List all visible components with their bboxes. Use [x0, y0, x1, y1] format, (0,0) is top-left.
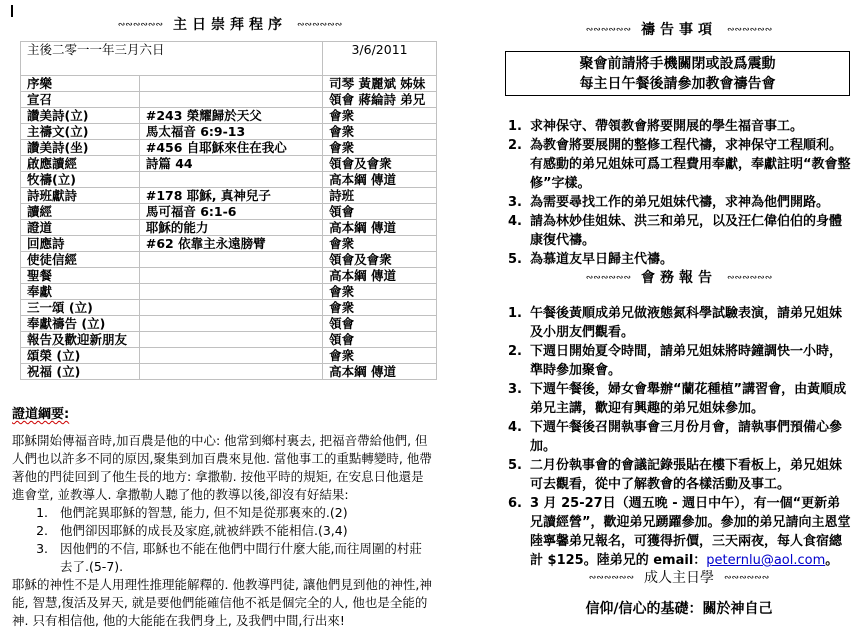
program-item: 讀經: [21, 204, 140, 220]
item-text: 為需要尋找工作的弟兄姐妹代禱，求神為他們開路。: [530, 195, 829, 210]
table-row: 序樂司琴 黃麗斌 姊妹: [21, 76, 437, 92]
program-item: 報告及歡迎新朋友: [21, 332, 140, 348]
table-row: 使徒信經領會及會衆: [21, 252, 437, 268]
program-person: 會衆: [323, 348, 437, 364]
table-row: 奉獻會衆: [21, 284, 437, 300]
sermon-point: 因他們的不信, 耶穌也不能在他們中間行什麼大能,而往周圍的村莊去了.(5-7).: [52, 540, 432, 576]
program-person: 領會: [323, 204, 437, 220]
list-item: 4.請為林妙佳姐妹、洪三和弟兄，以及汪仁偉伯伯的身體康復代禱。: [508, 212, 853, 250]
program-person: 會衆: [323, 284, 437, 300]
list-item: 1.求神保守、帶領教會將要開展的學生福音事工。: [508, 117, 853, 136]
program-heading-text: 主日崇拜程序: [173, 17, 287, 33]
program-content: [139, 316, 322, 332]
item-number: 2.: [508, 342, 522, 361]
program-content: #178 耶穌, 真神兒子: [139, 188, 322, 204]
program-content: [139, 300, 322, 316]
notice-line: 每主日午餐後請參加教會禱告會: [506, 74, 849, 94]
ornament-icon: ∾∾∾∾∾∾: [586, 25, 631, 35]
program-content: #62 依靠主永遠膀臂: [139, 236, 322, 252]
program-content: [139, 268, 322, 284]
table-row: 聖餐高本綱 傳道: [21, 268, 437, 284]
ornament-icon: ∾∾∾∾∾∾: [297, 20, 342, 30]
list-item: 3.為需要尋找工作的弟兄姐妹代禱，求神為他們開路。: [508, 193, 853, 212]
item-text: 下週午餐後召開執事會三月份月會，請執事們預備心參加。: [530, 420, 842, 454]
affairs-items-list: 1.午餐後黃順成弟兄做液態氮科學試驗表演，請弟兄姐妹及小朋友們觀看。2.下週日開…: [508, 304, 853, 570]
program-item: 讚美詩(坐): [21, 140, 140, 156]
table-row: 頌榮 (立)會衆: [21, 348, 437, 364]
sermon-point: 他們卻因耶穌的成長及家庭,就被絆跌不能相信.(3,4): [52, 522, 432, 540]
program-content: [139, 252, 322, 268]
table-row: 讀經馬可福音 6:1-6領會: [21, 204, 437, 220]
table-row: 詩班獻詩#178 耶穌, 真神兒子詩班: [21, 188, 437, 204]
program-item: 奉獻禱告 (立): [21, 316, 140, 332]
table-row: 讚美詩(立)#243 榮耀歸於天父會衆: [21, 108, 437, 124]
service-date-chinese: 主後二零一一年三月六日: [21, 42, 323, 76]
program-person: 高本綱 傳道: [323, 268, 437, 284]
prayer-heading-text: 禱告事項: [641, 22, 717, 38]
program-item: 宣召: [21, 92, 140, 108]
table-row: 祝福 (立)高本綱 傳道: [21, 364, 437, 380]
program-person: 會衆: [323, 140, 437, 156]
program-person: 詩班: [323, 188, 437, 204]
program-person: 司琴 黃麗斌 姊妹: [323, 76, 437, 92]
list-item: 5.二月份執事會的會議記錄張貼在樓下看板上，弟兄姐妹可去觀看，從中了解教會的各樣…: [508, 456, 853, 494]
program-person: 會衆: [323, 108, 437, 124]
table-row: 奉獻禱告 (立)領會: [21, 316, 437, 332]
program-content: #456 自耶穌來住在我心: [139, 140, 322, 156]
sermon-conclusion: 耶穌的神性不是人用理性推理能解釋的. 他教導門徒, 讓他們見到他的神性,神能, …: [12, 576, 432, 630]
program-item: 序樂: [21, 76, 140, 92]
service-date: 3/6/2011: [323, 42, 437, 76]
item-number: 2.: [508, 136, 522, 155]
item-text: 為慕道友早日歸主代禱。: [530, 252, 673, 267]
program-person: 領會 蔣綸詩 弟兄: [323, 92, 437, 108]
email-link[interactable]: peternlu@aol.com: [706, 553, 825, 568]
table-row: 讚美詩(坐)#456 自耶穌來住在我心會衆: [21, 140, 437, 156]
item-text: 為教會將要展開的整修工程代禱，求神保守工程順利。有感動的弟兄姐妹可爲工程費用奉獻…: [530, 138, 851, 191]
program-content: [139, 284, 322, 300]
program-content: [139, 76, 322, 92]
table-row: 宣召領會 蔣綸詩 弟兄: [21, 92, 437, 108]
ornament-icon: ∾∾∾∾∾∾: [724, 573, 769, 583]
program-content: [139, 332, 322, 348]
program-content: [139, 172, 322, 188]
list-item: 2.為教會將要展開的整修工程代禱，求神保守工程順利。有感動的弟兄姐妹可爲工程費用…: [508, 136, 853, 193]
table-row: 回應詩#62 依靠主永遠膀臂會衆: [21, 236, 437, 252]
item-text: 請為林妙佳姐妹、洪三和弟兄，以及汪仁偉伯伯的身體康復代禱。: [530, 214, 842, 248]
table-row: 牧禱(立)高本綱 傳道: [21, 172, 437, 188]
ornament-icon: ∾∾∾∾∾∾: [586, 273, 631, 283]
item-number: 1.: [508, 304, 522, 323]
affairs-heading-text: 會務報告: [641, 270, 717, 286]
item-text: 二月份執事會的會議記錄張貼在樓下看板上，弟兄姐妹可去觀看，從中了解教會的各樣活動…: [530, 458, 842, 492]
program-item: 奉獻: [21, 284, 140, 300]
ornament-icon: ∾∾∾∾∾∾: [727, 273, 772, 283]
program-person: 會衆: [323, 124, 437, 140]
program-content: [139, 348, 322, 364]
list-item: 4.下週午餐後召開執事會三月份月會，請執事們預備心參加。: [508, 418, 853, 456]
program-item: 頌榮 (立): [21, 348, 140, 364]
item-number: 3.: [508, 380, 522, 399]
text-cursor: [11, 5, 13, 17]
item-text: 下週日開始夏令時間，請弟兄姐妹將時鐘調快一小時，準時參加聚會。: [530, 344, 842, 378]
program-item: 證道: [21, 220, 140, 236]
program-item: 聖餐: [21, 268, 140, 284]
prayer-items-list: 1.求神保守、帶領教會將要開展的學生福音事工。2.為教會將要展開的整修工程代禱，…: [508, 117, 853, 269]
program-item: 祝福 (立): [21, 364, 140, 380]
program-person: 高本綱 傳道: [323, 220, 437, 236]
list-item: 6.3 月 25-27日（週五晚 - 週日中午），有一個“更新弟兄讀經營”，歡迎…: [508, 494, 853, 570]
program-content: [139, 92, 322, 108]
table-row: 證道耶穌的能力高本綱 傳道: [21, 220, 437, 236]
notice-line: 聚會前請將手機關閉或設爲震動: [506, 54, 849, 74]
program-content: 馬可福音 6:1-6: [139, 204, 322, 220]
table-row: 三一頌 (立)會衆: [21, 300, 437, 316]
program-item: 讚美詩(立): [21, 108, 140, 124]
program-person: 會衆: [323, 236, 437, 252]
program-item: 使徒信經: [21, 252, 140, 268]
program-content: 馬太福音 6:9-13: [139, 124, 322, 140]
program-person: 領會及會衆: [323, 156, 437, 172]
list-item: 1.午餐後黃順成弟兄做液態氮科學試驗表演，請弟兄姐妹及小朋友們觀看。: [508, 304, 853, 342]
sunday-school-heading-text: 成人主日學: [644, 570, 714, 586]
program-item: 三一頌 (立): [21, 300, 140, 316]
list-item: 3.下週午餐後，婦女會舉辦“蘭花種植”講習會，由黃順成弟兄主講，歡迎有興趣的弟兄…: [508, 380, 853, 418]
program-content: 耶穌的能力: [139, 220, 322, 236]
item-text: 求神保守、帶領教會將要開展的學生福音事工。: [530, 119, 803, 134]
ornament-icon: ∾∾∾∾∾∾: [589, 573, 634, 583]
worship-program-table: 主後二零一一年三月六日 3/6/2011 序樂司琴 黃麗斌 姊妹宣召領會 蔣綸詩…: [20, 41, 437, 380]
program-item: 主禱文(立): [21, 124, 140, 140]
sunday-school-topic: 信仰/信心的基礎：關於神自己: [490, 598, 868, 618]
program-item: 回應詩: [21, 236, 140, 252]
notice-box: 聚會前請將手機關閉或設爲震動 每主日午餐後請參加教會禱告會: [505, 51, 850, 96]
ornament-icon: ∾∾∾∾∾∾: [727, 25, 772, 35]
program-person: 領會: [323, 316, 437, 332]
program-person: 高本綱 傳道: [323, 172, 437, 188]
item-number: 5.: [508, 456, 522, 475]
table-row: 主禱文(立)馬太福音 6:9-13會衆: [21, 124, 437, 140]
program-item: 啟應讀經: [21, 156, 140, 172]
program-person: 領會及會衆: [323, 252, 437, 268]
ornament-icon: ∾∾∾∾∾∾: [118, 20, 163, 30]
item-text: 下週午餐後，婦女會舉辦“蘭花種植”講習會，由黃順成弟兄主講，歡迎有興趣的弟兄姐妹…: [530, 382, 846, 416]
program-item: 詩班獻詩: [21, 188, 140, 204]
program-person: 會衆: [323, 300, 437, 316]
item-number: 6.: [508, 494, 522, 513]
program-content: 詩篇 44: [139, 156, 322, 172]
sermon-point: 他們詫異耶穌的智慧, 能力, 但不知是從那裏來的.(2): [52, 504, 432, 522]
table-header-row: 主後二零一一年三月六日 3/6/2011: [21, 42, 437, 76]
item-number: 4.: [508, 212, 522, 231]
sermon-outline: 耶穌開始傳福音時,加百農是他的中心: 他常到鄉村裏去, 把福音帶給他們, 但人們…: [12, 432, 432, 630]
sermon-points: 他們詫異耶穌的智慧, 能力, 但不知是從那裏來的.(2) 他們卻因耶穌的成長及家…: [12, 504, 432, 576]
prayer-heading: ∾∾∾∾∾∾禱告事項∾∾∾∾∾∾: [490, 19, 868, 39]
sermon-outline-title: 證道綱要:: [12, 403, 69, 422]
sermon-intro: 耶穌開始傳福音時,加百農是他的中心: 他常到鄉村裏去, 把福音帶給他們, 但人們…: [12, 432, 432, 504]
item-number: 3.: [508, 193, 522, 212]
program-person: 高本綱 傳道: [323, 364, 437, 380]
program-content: [139, 364, 322, 380]
program-item: 牧禱(立): [21, 172, 140, 188]
item-number: 1.: [508, 117, 522, 136]
program-content: #243 榮耀歸於天父: [139, 108, 322, 124]
table-row: 報告及歡迎新朋友領會: [21, 332, 437, 348]
list-item: 2.下週日開始夏令時間，請弟兄姐妹將時鐘調快一小時，準時參加聚會。: [508, 342, 853, 380]
item-text-tail: 。: [825, 553, 838, 568]
program-person: 領會: [323, 332, 437, 348]
item-text: 午餐後黃順成弟兄做液態氮科學試驗表演，請弟兄姐妹及小朋友們觀看。: [530, 306, 842, 340]
affairs-heading: ∾∾∾∾∾∾會務報告∾∾∾∾∾∾: [490, 267, 868, 287]
item-number: 4.: [508, 418, 522, 437]
table-row: 啟應讀經詩篇 44領會及會衆: [21, 156, 437, 172]
program-heading: ∾∾∾∾∾∾主日崇拜程序∾∾∾∾∾∾: [30, 14, 430, 34]
sunday-school-heading: ∾∾∾∾∾∾成人主日學∾∾∾∾∾∾: [490, 567, 868, 587]
